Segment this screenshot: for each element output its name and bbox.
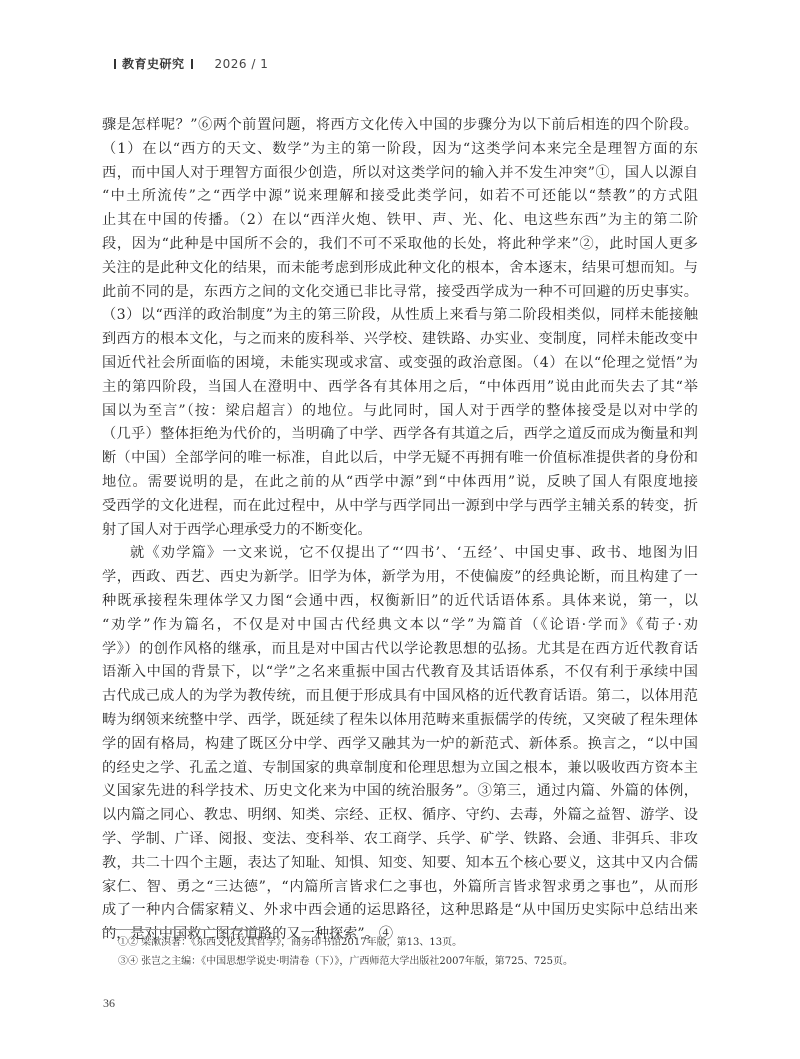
journal-title: 教育史研究	[122, 55, 185, 72]
paragraph-start-line: 就《劝学篇》一文来说，它不仅提出了“‘四书’、‘五经’、中国史事、政书、地图为旧	[102, 542, 698, 566]
text-line: 射了国人对于西学心理承受力的不断变化。	[102, 519, 698, 543]
text-line: （1）在以“西方的天文、数学”为主的第一阶段，因为“这类学问本来完全是理智方面的…	[102, 138, 698, 162]
text-line: 成了一种内合儒家精义、外求中西会通的运思路径，这种思路是“从中国历史实际中总结出…	[102, 899, 698, 923]
text-line: 学》）的创作风格的继承，而且是对中国古代以学论教思想的弘扬。尤其是在西方近代教育…	[102, 638, 698, 662]
running-header: 教育史研究 2026 / 1	[108, 55, 268, 72]
text-line: 地位。需要说明的是，在此之前的从“西学中源”到“中体西用”说，反映了国人有限度地…	[102, 471, 698, 495]
issue-number: 2026 / 1	[215, 57, 269, 71]
text-line: 西，而中国人对于理智方面很少创造，所以对这类学问的输入并不发生冲突”①，国人以源…	[102, 162, 698, 186]
text-line: 主的第四阶段，当国人在澄明中、西学各有其体用之后，“中体西用”说由此而失去了其“…	[102, 376, 698, 400]
text-line: 学、学制、广译、阅报、变法、变科举、农工商学、兵学、矿学、铁路、会通、非弭兵、非…	[102, 828, 698, 852]
text-line: 教，共二十四个主题，表达了知耻、知惧、知变、知要、知本五个核心要义，这其中又内合…	[102, 852, 698, 876]
text-line: 此前不同的是，东西方之间的文化交通已非比寻常，接受西学成为一种不可回避的历史事实…	[102, 281, 698, 305]
text-line: （3）以“西洋的政治制度”为主的第三阶段，从性质上来看与第二阶段相类似，同样未能…	[102, 304, 698, 328]
text-line: 的经史之学、孔孟之道、专制国家的典章制度和伦理思想为立国之根本，兼以吸收西方资本…	[102, 757, 698, 781]
footnote-separator	[102, 929, 260, 930]
text-line: 受西学的文化进程，而在此过程中，从中学与西学同出一源到中学与西学主辅关系的转变，…	[102, 495, 698, 519]
text-line: 学的固有格局，构建了既区分中学、西学又融其为一炉的新范式、新体系。换言之，“以中…	[102, 733, 698, 757]
text-line: 畴为纲领来统整中学、西学，既延续了程朱以体用范畴来重振儒学的传统，又突破了程朱理…	[102, 709, 698, 733]
text-line: 关注的是此种文化的结果，而未能考虑到形成此种文化的根本，舍本逐末，结果可想而知。…	[102, 257, 698, 281]
text-line: “中土所流传”之“西学中源”说来理解和接受此类学问，如若不可还能以“禁教”的方式…	[102, 185, 698, 209]
text-line: 断（中国）全部学问的唯一标准，自此以后，中学无疑不再拥有唯一价值标准提供者的身份…	[102, 447, 698, 471]
header-divider	[191, 59, 193, 69]
footnote: ①② 梁漱溟著：《东西文化及其哲学》，商务印书馆2017年版，第13、13页。	[118, 933, 573, 952]
header-divider	[114, 59, 116, 69]
text-line: （几乎）整体拒绝为代价的，当明确了中学、西学各有其道之后，西学之道反而成为衡量和…	[102, 423, 698, 447]
text-line: 止其在中国的传播。（2）在以“西洋火炮、铁甲、声、光、化、电这些东西”为主的第二…	[102, 209, 698, 233]
footnote: ③④ 张岂之主编：《中国思想学说史·明清卷（下）》，广西师范大学出版社2007年…	[118, 952, 573, 971]
text-line: 骤是怎样呢？”⑥两个前置问题，将西方文化传入中国的步骤分为以下前后相连的四个阶段…	[102, 114, 698, 138]
text-line: 段，因为“此种是中国所不会的，我们不可不采取他的长处，将此种学来”②，此时国人更…	[102, 233, 698, 257]
text-line: 学，西政、西艺、西史为新学。旧学为体，新学为用，不使偏废”的经典论断，而且构建了…	[102, 566, 698, 590]
text-line: 家仁、智、勇之“三达德”，“内篇所言皆求仁之事也，外篇所言皆求智求勇之事也”，从…	[102, 876, 698, 900]
text-line: 以内篇之同心、教忠、明纲、知类、宗经、正权、循序、守约、去毒，外篇之益智、游学、…	[102, 804, 698, 828]
text-line: 国近代社会所面临的困境，未能实现或求富、或变强的政治意图。（4）在以“伦理之觉悟…	[102, 352, 698, 376]
article-body: 骤是怎样呢？”⑥两个前置问题，将西方文化传入中国的步骤分为以下前后相连的四个阶段…	[102, 114, 698, 947]
text-line: 种既承接程朱理体学又力图“会通中西，权衡新旧”的近代话语体系。具体来说，第一，以	[102, 590, 698, 614]
text-line: 到西方的根本文化，与之而来的废科举、兴学校、建铁路、办实业、变制度，同样未能改变…	[102, 328, 698, 352]
text-line: 义国家先进的科学技术、历史文化来为中国的统治服务”。③第三，通过内篇、外篇的体例…	[102, 780, 698, 804]
text-line: “劝学”作为篇名，不仅是对中国古代经典文本以“学”为篇首（《论语·学而》《荀子·…	[102, 614, 698, 638]
text-line: 国以为至言”（按：梁启超言）的地位。与此同时，国人对于西学的整体接受是以对中学的	[102, 400, 698, 424]
text-line: 语渐入中国的背景下，以“学”之名来重振中国古代教育及其话语体系，不仅有利于承续中…	[102, 661, 698, 685]
footnotes: ①② 梁漱溟著：《东西文化及其哲学》，商务印书馆2017年版，第13、13页。 …	[118, 933, 573, 971]
page-number: 36	[103, 996, 115, 1011]
text-line: 古代成己成人的为学为教传统，而且便于形成具有中国风格的近代教育话语。第二，以体用…	[102, 685, 698, 709]
